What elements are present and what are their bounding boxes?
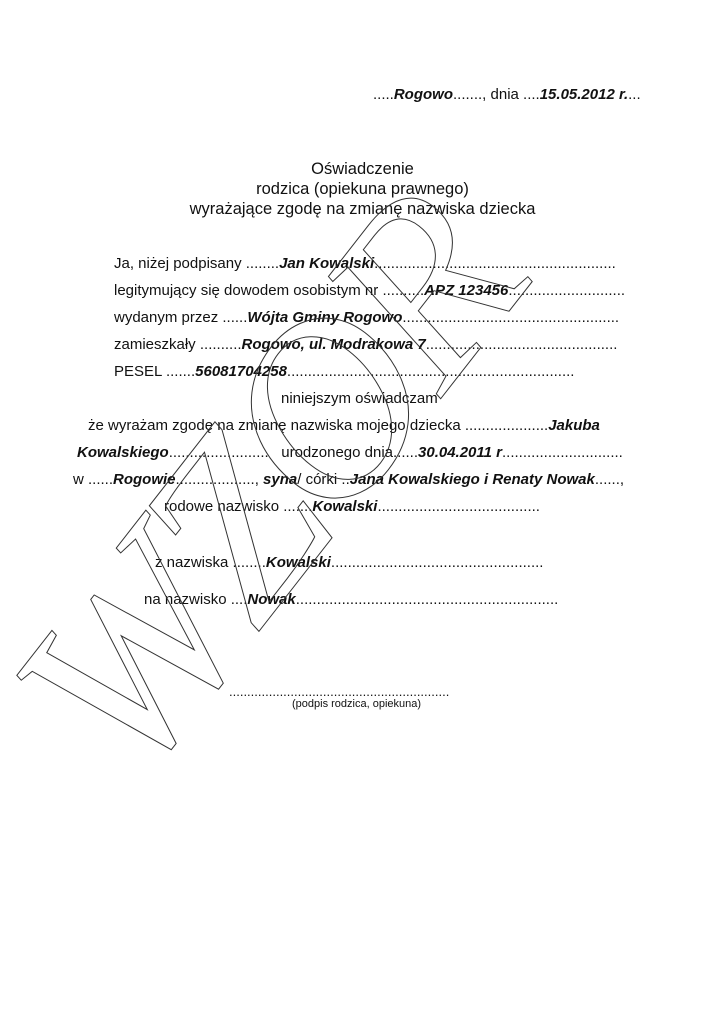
signer-value: Jan Kowalski: [279, 255, 374, 272]
born-label: urodzonego dnia......: [269, 444, 418, 461]
date-value: 15.05.2012 r.: [540, 86, 628, 103]
document-title: Oświadczenie: [0, 159, 725, 179]
maiden-name-line: rodowe nazwisko .......Kowalski.........…: [164, 498, 540, 516]
from-surname-line: z nazwiska ........Kowalski.............…: [155, 554, 543, 572]
address-line: zamieszkały ..........Rogowo, ul. Modrak…: [114, 336, 617, 354]
child-first-name: Jakuba: [548, 417, 600, 434]
from-fill: ........................................…: [331, 554, 544, 571]
signer-label: Ja, niżej podpisany ........: [114, 255, 279, 272]
child-birth-line: Kowalskiego........................ urod…: [77, 444, 623, 462]
birthplace-value: Rogowie: [113, 471, 176, 488]
son-value: syna: [263, 471, 297, 488]
to-value: Nowak: [247, 591, 295, 608]
consent-line: że wyrażam zgodę na zmianę nazwiska moje…: [88, 417, 600, 435]
document-page: .....Rogowo......., dnia ....15.05.2012 …: [0, 0, 725, 1024]
id-fill: ............................: [508, 282, 625, 299]
place-value: Rogowo: [394, 86, 453, 103]
issuer-value: Wójta Gminy Rogowo: [247, 309, 402, 326]
id-label: legitymujący się dowodem osobistym nr ..…: [114, 282, 424, 299]
date-suffix: ...: [628, 86, 641, 103]
daughter-label: / córki ..: [297, 471, 350, 488]
signer-fill: ........................................…: [374, 255, 616, 272]
address-fill: ........................................…: [426, 336, 618, 353]
place-suffix: ......., dnia ....: [453, 86, 540, 103]
parents-fill: ......,: [595, 471, 624, 488]
place-date-line: .....Rogowo......., dnia ....15.05.2012 …: [373, 86, 641, 104]
maiden-value: Kowalski: [312, 498, 377, 515]
declaration-line: niniejszym oświadczam: [281, 390, 438, 408]
born-value: 30.04.2011 r: [418, 444, 502, 461]
born-fill: .............................: [502, 444, 623, 461]
maiden-label: rodowe nazwisko .......: [164, 498, 312, 515]
address-value: Rogowo, ul. Modrakowa 7: [242, 336, 426, 353]
to-label: na nazwisko ....: [144, 591, 247, 608]
address-label: zamieszkały ..........: [114, 336, 242, 353]
child-fill: ........................: [169, 444, 269, 461]
birthplace-fill: ...................,: [176, 471, 264, 488]
signature-caption: (podpis rodzica, opiekuna): [292, 698, 421, 710]
maiden-fill: .......................................: [377, 498, 540, 515]
consent-label: że wyrażam zgodę na zmianę nazwiska moje…: [88, 417, 548, 434]
id-line: legitymujący się dowodem osobistym nr ..…: [114, 282, 625, 300]
parents-value: Jana Kowalskiego i Renaty Nowak: [350, 471, 595, 488]
from-label: z nazwiska ........: [155, 554, 266, 571]
id-value: APZ 123456: [424, 282, 508, 299]
signer-line: Ja, niżej podpisany ........Jan Kowalski…: [114, 255, 616, 273]
to-fill: ........................................…: [296, 591, 559, 608]
child-last-name: Kowalskiego: [77, 444, 169, 461]
issuer-fill: ........................................…: [402, 309, 619, 326]
document-subtitle-2: wyrażające zgodę na zmianę nazwiska dzie…: [0, 199, 725, 219]
birthplace-line: w ......Rogowie..................., syna…: [73, 471, 624, 489]
issuer-line: wydanym przez ......Wójta Gminy Rogowo..…: [114, 309, 619, 327]
to-surname-line: na nazwisko ....Nowak...................…: [144, 591, 558, 609]
pesel-line: PESEL .......56081704258................…: [114, 363, 574, 381]
birthplace-label: w ......: [73, 471, 113, 488]
pesel-label: PESEL .......: [114, 363, 195, 380]
from-value: Kowalski: [266, 554, 331, 571]
place-prefix: .....: [373, 86, 394, 103]
pesel-fill: ........................................…: [287, 363, 575, 380]
pesel-value: 56081704258: [195, 363, 287, 380]
document-subtitle: rodzica (opiekuna prawnego): [0, 179, 725, 199]
issuer-label: wydanym przez ......: [114, 309, 247, 326]
